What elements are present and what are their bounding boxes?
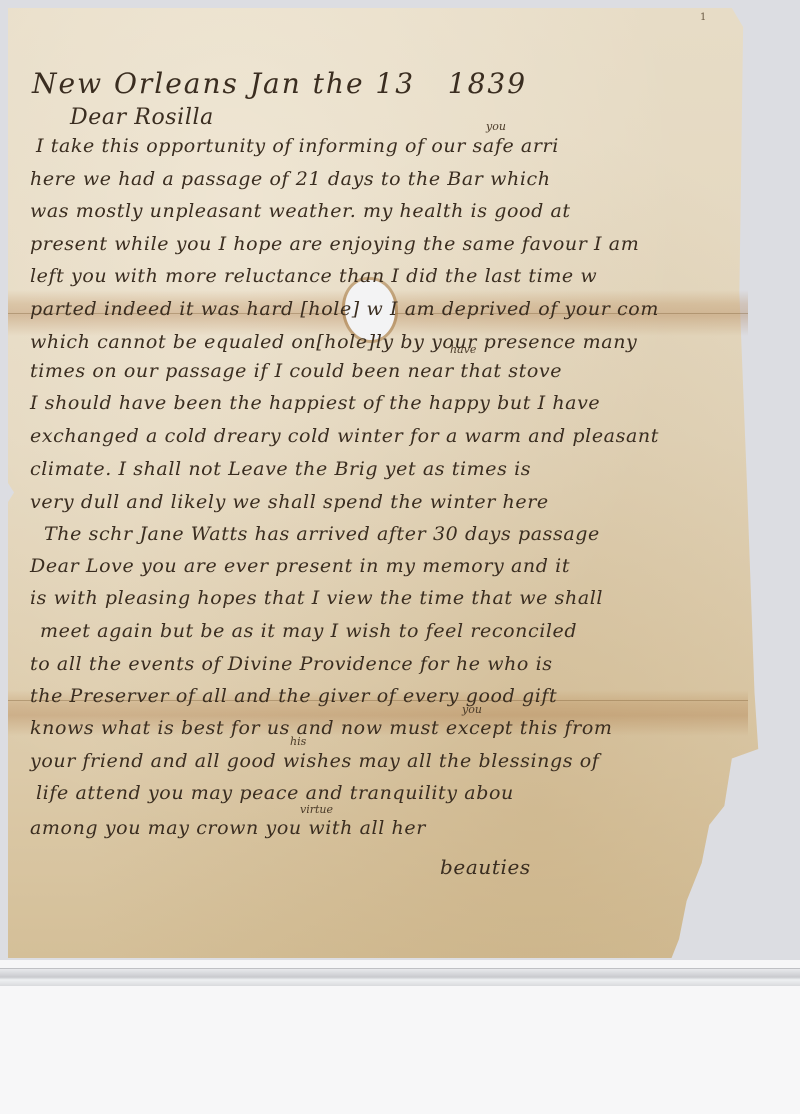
insert-virtue: virtue [300, 803, 333, 816]
letter-line-8: times on our passage if I could been nea… [30, 360, 562, 382]
letter-closing: beauties [440, 855, 531, 879]
plastic-sleeve-edge [0, 968, 800, 988]
lower-backing-area [0, 986, 800, 1114]
letter-line-2: here we had a passage of 21 days to the … [30, 168, 551, 190]
letter-line-3: was mostly unpleasant weather. my health… [30, 200, 571, 222]
letter-line-12: very dull and likely we shall spend the … [30, 491, 549, 513]
letter-line-6: parted indeed it was hard [hole] w I am … [30, 298, 659, 320]
letter-line-9: I should have been the happiest of the h… [30, 392, 600, 414]
insert-have: have [450, 343, 476, 356]
letter-line-22: among you may crown you with all her [30, 817, 426, 839]
insert-you-2: you [462, 703, 482, 716]
letter-line-20: your friend and all good wishes may all … [30, 750, 599, 772]
page-mark: 1 [700, 12, 706, 23]
letter-heading: New Orleans Jan the 13 1839 [32, 67, 527, 100]
letter-line-7: which cannot be equaled on[hole]ly by yo… [30, 331, 637, 353]
heading-year: 1839 [448, 67, 527, 100]
heading-place: New Orleans [32, 67, 239, 100]
letter-line-17: to all the events of Divine Providence f… [30, 653, 553, 675]
letter-line-11: climate. I shall not Leave the Brig yet … [30, 458, 531, 480]
insert-you: you [486, 120, 506, 133]
letter-line-19: knows what is best for us and now must e… [30, 717, 612, 739]
letter-line-4: present while you I hope are enjoying th… [30, 233, 639, 255]
letter-line-21: life attend you may peace and tranquilit… [36, 782, 514, 804]
heading-date: Jan the 13 [250, 67, 415, 100]
letter-line-5: left you with more reluctance than I did… [30, 265, 597, 287]
letter-line-13: The schr Jane Watts has arrived after 30… [44, 523, 600, 545]
letter-line-14: Dear Love you are ever present in my mem… [30, 555, 570, 577]
letter-line-15: is with pleasing hopes that I view the t… [30, 587, 603, 609]
insert-his: his [290, 735, 306, 748]
letter-line-16: meet again but be as it may I wish to fe… [40, 620, 577, 642]
letter-line-10: exchanged a cold dreary cold winter for … [30, 425, 659, 447]
salutation: Dear Rosilla [70, 105, 214, 130]
letter-line-1: I take this opportunity of informing of … [36, 135, 559, 157]
